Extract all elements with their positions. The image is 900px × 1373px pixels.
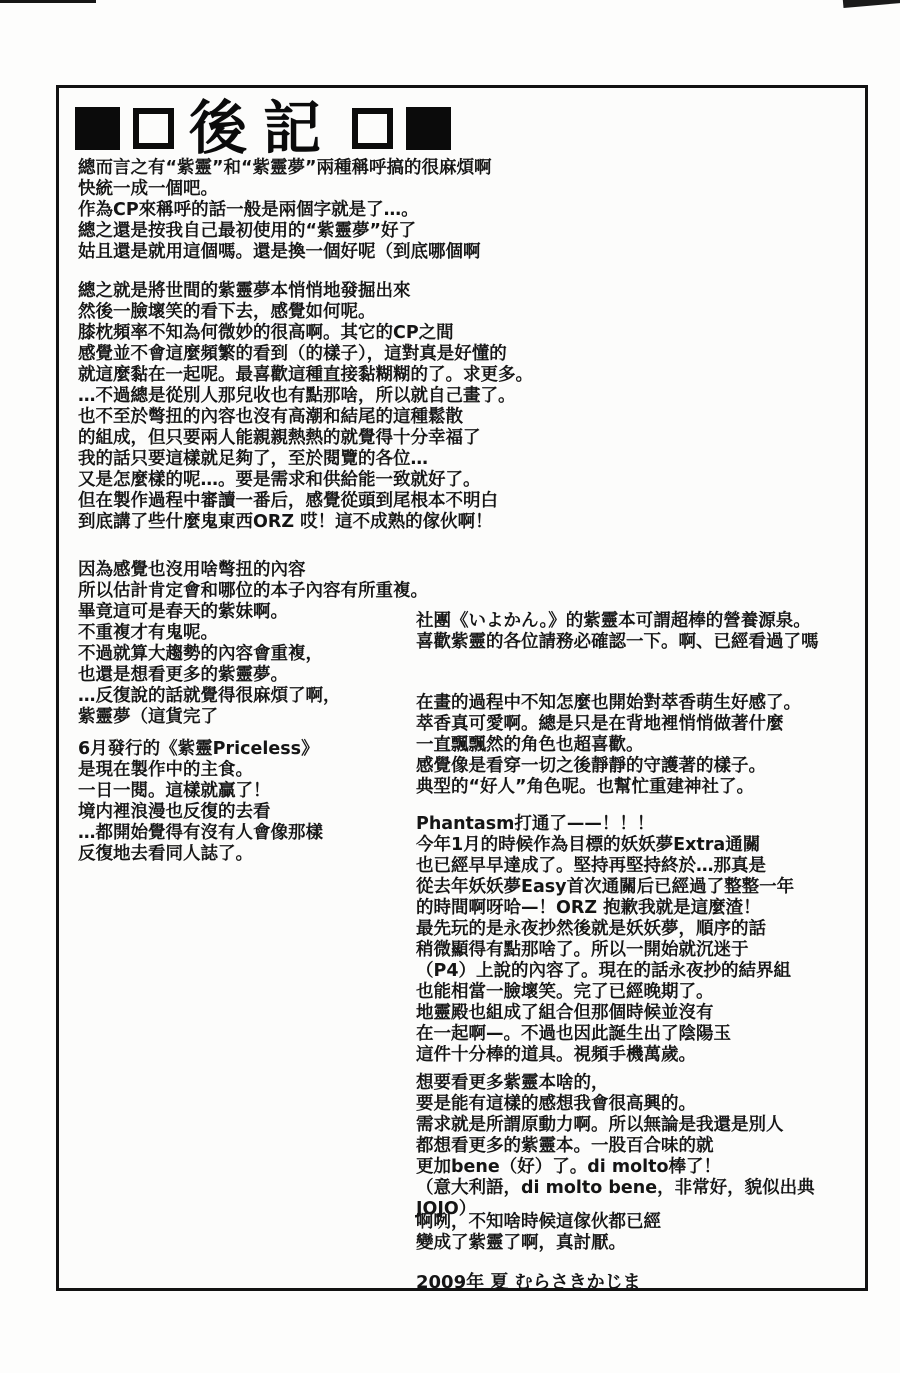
left-paragraph-naming: 總而言之有“紫靈”和“紫靈夢”兩種稱呼搞的很麻煩啊 快統一成一個吧。 作為CP來…	[78, 158, 492, 263]
scan-artifact-top-right	[843, 0, 900, 8]
right-paragraph-phantasm: Phantasm打通了——！！！ 今年1月的時候作為目標的妖妖夢Extra通關 …	[416, 814, 794, 1066]
scanned-afterword-page: 後記 總而言之有“紫靈”和“紫靈夢”兩種稱呼搞的很麻煩啊 快統一成一個吧。 作為…	[0, 0, 900, 1373]
page-title-text: 後記	[189, 100, 337, 156]
left-paragraph-doujin-thoughts: 總之就是將世間的紫靈夢本悄悄地發掘出來 然後一臉壞笑的看下去，感覺如何呢。 膝枕…	[78, 281, 533, 533]
page-border-frame: 後記 總而言之有“紫靈”和“紫靈夢”兩種稱呼搞的很麻煩啊 快統一成一個吧。 作為…	[56, 85, 868, 1291]
filled-square-icon	[406, 107, 451, 150]
right-paragraph-suika: 在畫的過程中不知怎麼也開始對萃香萌生好感了。 萃香真可愛啊。總是只是在背地裡悄悄…	[416, 693, 801, 798]
outline-square-icon	[352, 108, 393, 149]
author-signature: 2009年 夏 むらさきかじま	[416, 1268, 641, 1294]
right-paragraph-closing: 啊咧，不知啥時候這傢伙都已經 變成了紫靈了啊，真討厭。	[416, 1212, 661, 1254]
left-paragraph-priceless: 6月發行的《紫靈Priceless》 是現在製作中的主食。 一日一閱。這樣就贏了…	[78, 739, 323, 865]
outline-square-icon	[133, 108, 174, 149]
filled-square-icon	[75, 107, 120, 150]
right-paragraph-demand: 想要看更多紫靈本啥的， 要是能有這樣的感想我會很高興的。 需求就是所謂原動力啊。…	[416, 1073, 865, 1220]
scan-artifact-top-left	[0, 0, 96, 3]
page-title: 後記	[75, 100, 451, 156]
left-paragraph-overlap: 因為感覺也沒用啥彆扭的內容 所以估計肯定會和哪位的本子內容有所重複。 畢竟這可是…	[78, 560, 428, 728]
right-paragraph-circle-recommend: 社團《いよかん。》的紫靈本可謂超棒的營養源泉。 喜歡紫靈的各位請務必確認一下。啊…	[416, 611, 819, 653]
